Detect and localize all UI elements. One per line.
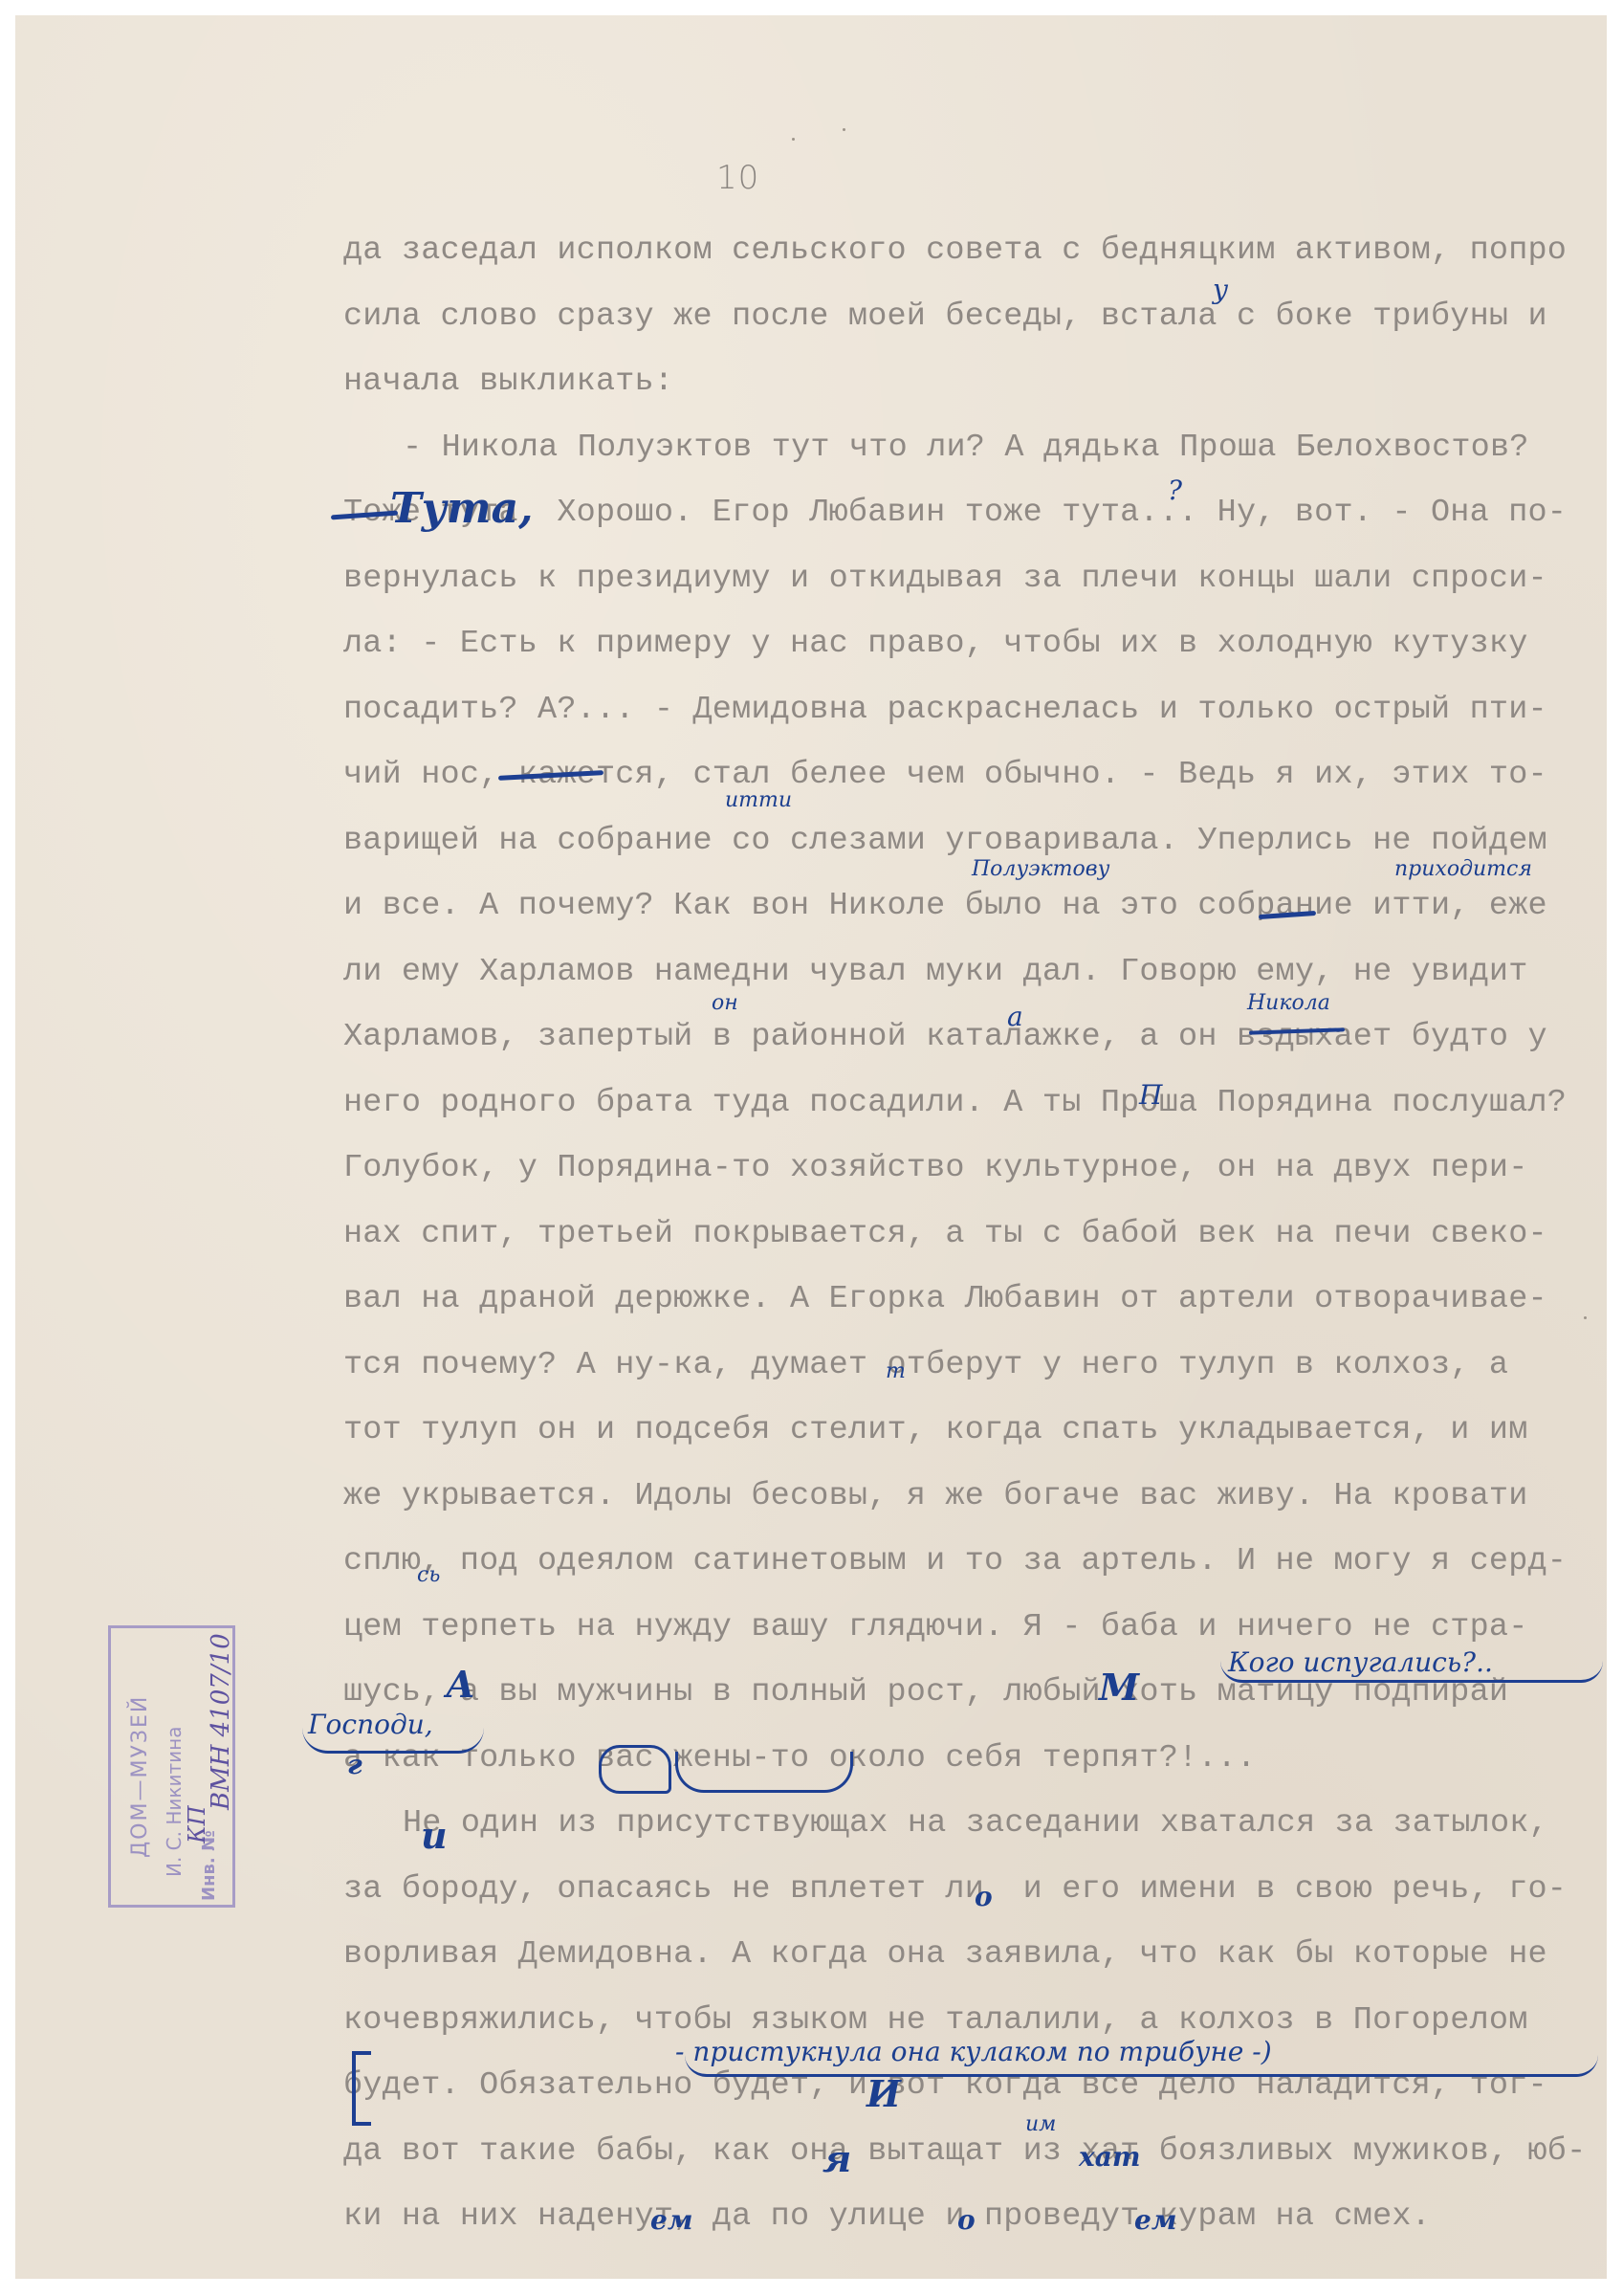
annotation-insertion: а (1007, 1001, 1023, 1032)
typed-line: же укрывается. Идолы бесовы, я же богаче… (343, 1473, 1623, 1539)
circle-mark (599, 1745, 671, 1794)
typed-line: да заседал исполком сельского совета с б… (343, 228, 1623, 294)
typed-line: - Никола Полуэктов тут что ли? А дядька … (343, 425, 1623, 491)
annotation-correction: ем (1134, 2204, 1176, 2236)
annotation-correction: И (866, 2072, 901, 2115)
document-page: 10 да заседал исполком сельского совета … (15, 15, 1607, 2279)
typed-line: начала выкликать: (343, 359, 1623, 425)
paper-speck (792, 138, 795, 141)
typed-line: сила слово сразу же после моей беседы, в… (343, 294, 1623, 360)
annotation-correction: о (975, 1881, 993, 1912)
typed-line: сплю, под одеялом сатинетовым и то за ар… (343, 1538, 1623, 1604)
bracket-mark (352, 2051, 371, 2126)
underline-mark (302, 1728, 484, 1754)
typed-line: Голубок, у Порядина-то хозяйство культур… (343, 1145, 1623, 1211)
typed-line: тся почему? А ну-ка, думает отберут у не… (343, 1342, 1623, 1408)
typed-line: вал на драной дерюжке. А Егорка Любавин … (343, 1276, 1623, 1342)
annotation-correction: г (347, 1749, 362, 1780)
typed-line: ли ему Харламов намедни чувал муки дал. … (343, 949, 1623, 1015)
annotation-correction: о (957, 2204, 976, 2236)
annotation-correction: ем (650, 2204, 692, 2236)
annotation-correction: и (421, 1814, 448, 1857)
stamp-kp-mark: КП (184, 1805, 210, 1843)
typed-line: нах спит, третьей покрывается, а ты с ба… (343, 1211, 1623, 1277)
annotation-insertion: Полуэктову (972, 857, 1109, 881)
typed-line: него родного брата туда посадили. А ты П… (343, 1080, 1623, 1146)
typed-line: Харламов, запертый в районной каталажке,… (343, 1014, 1623, 1080)
typed-line: и все. А почему? Как вон Николе было на … (343, 883, 1623, 949)
annotation-correction: у (1213, 274, 1228, 305)
paper-speck (1584, 1316, 1587, 1319)
annotation-correction: хат (1079, 2141, 1140, 2173)
stamp-museum-name: ДОМ—МУЗЕЙ (128, 1695, 152, 1858)
typed-line: ворливая Демидовна. А когда она заявила,… (343, 1932, 1623, 1998)
underline-mark (685, 2055, 1598, 2077)
page-number: 10 (716, 159, 759, 197)
annotation-correction: П (1139, 1079, 1162, 1111)
stamp-inventory-number: ВМН 4107/10 (207, 1633, 235, 1810)
annotation-correction: А (446, 1663, 475, 1706)
typed-line: а как только вас жены-то около себя терп… (343, 1735, 1623, 1801)
annotation-insertion: им (1025, 2112, 1056, 2136)
paper-speck (843, 128, 845, 131)
museum-stamp: ДОМ—МУЗЕЙ И. С. Никитина Инв. № КП ВМН 4… (108, 1625, 235, 1908)
annotation-insertion: т (886, 1359, 906, 1383)
typewritten-body: да заседал исполком сельского совета с б… (343, 228, 1623, 2260)
typed-line: ки на них наденут, да по улице и проведу… (343, 2194, 1623, 2260)
annotation-correction: Тута, (390, 484, 533, 533)
typed-line: посадить? А?... - Демидовна раскраснелас… (343, 687, 1623, 753)
typed-line: ла: - Есть к примеру у нас право, чтобы … (343, 621, 1623, 687)
annotation-correction: я (822, 2137, 851, 2180)
annotation-insertion: он (712, 991, 738, 1015)
annotation-insertion: приходится (1394, 857, 1532, 881)
annotation-insertion: Никола (1247, 991, 1330, 1015)
stamp-museum-person: И. С. Никитина (163, 1727, 186, 1877)
annotation-correction: М (1099, 1666, 1139, 1709)
typed-line: тот тулуп он и подсебя стелит, когда спа… (343, 1407, 1623, 1473)
annotation-question-mark: ? (1168, 475, 1182, 506)
typed-line: вернулась к президиуму и откидывая за пл… (343, 556, 1623, 622)
underline-mark (1220, 1661, 1603, 1683)
circle-mark (675, 1752, 853, 1793)
annotation-insertion: сь (417, 1563, 440, 1587)
typed-line: чий нос, кажется, стал белее чем обычно.… (343, 752, 1623, 818)
typed-line: Тоже тута. Хорошо. Егор Любавин тоже тут… (343, 490, 1623, 556)
typed-line: Не один из присутствующах на заседании х… (343, 1800, 1623, 1866)
annotation-insertion: итти (725, 788, 792, 812)
typed-line: да вот такие бабы, как она вытащат из ха… (343, 2129, 1623, 2195)
